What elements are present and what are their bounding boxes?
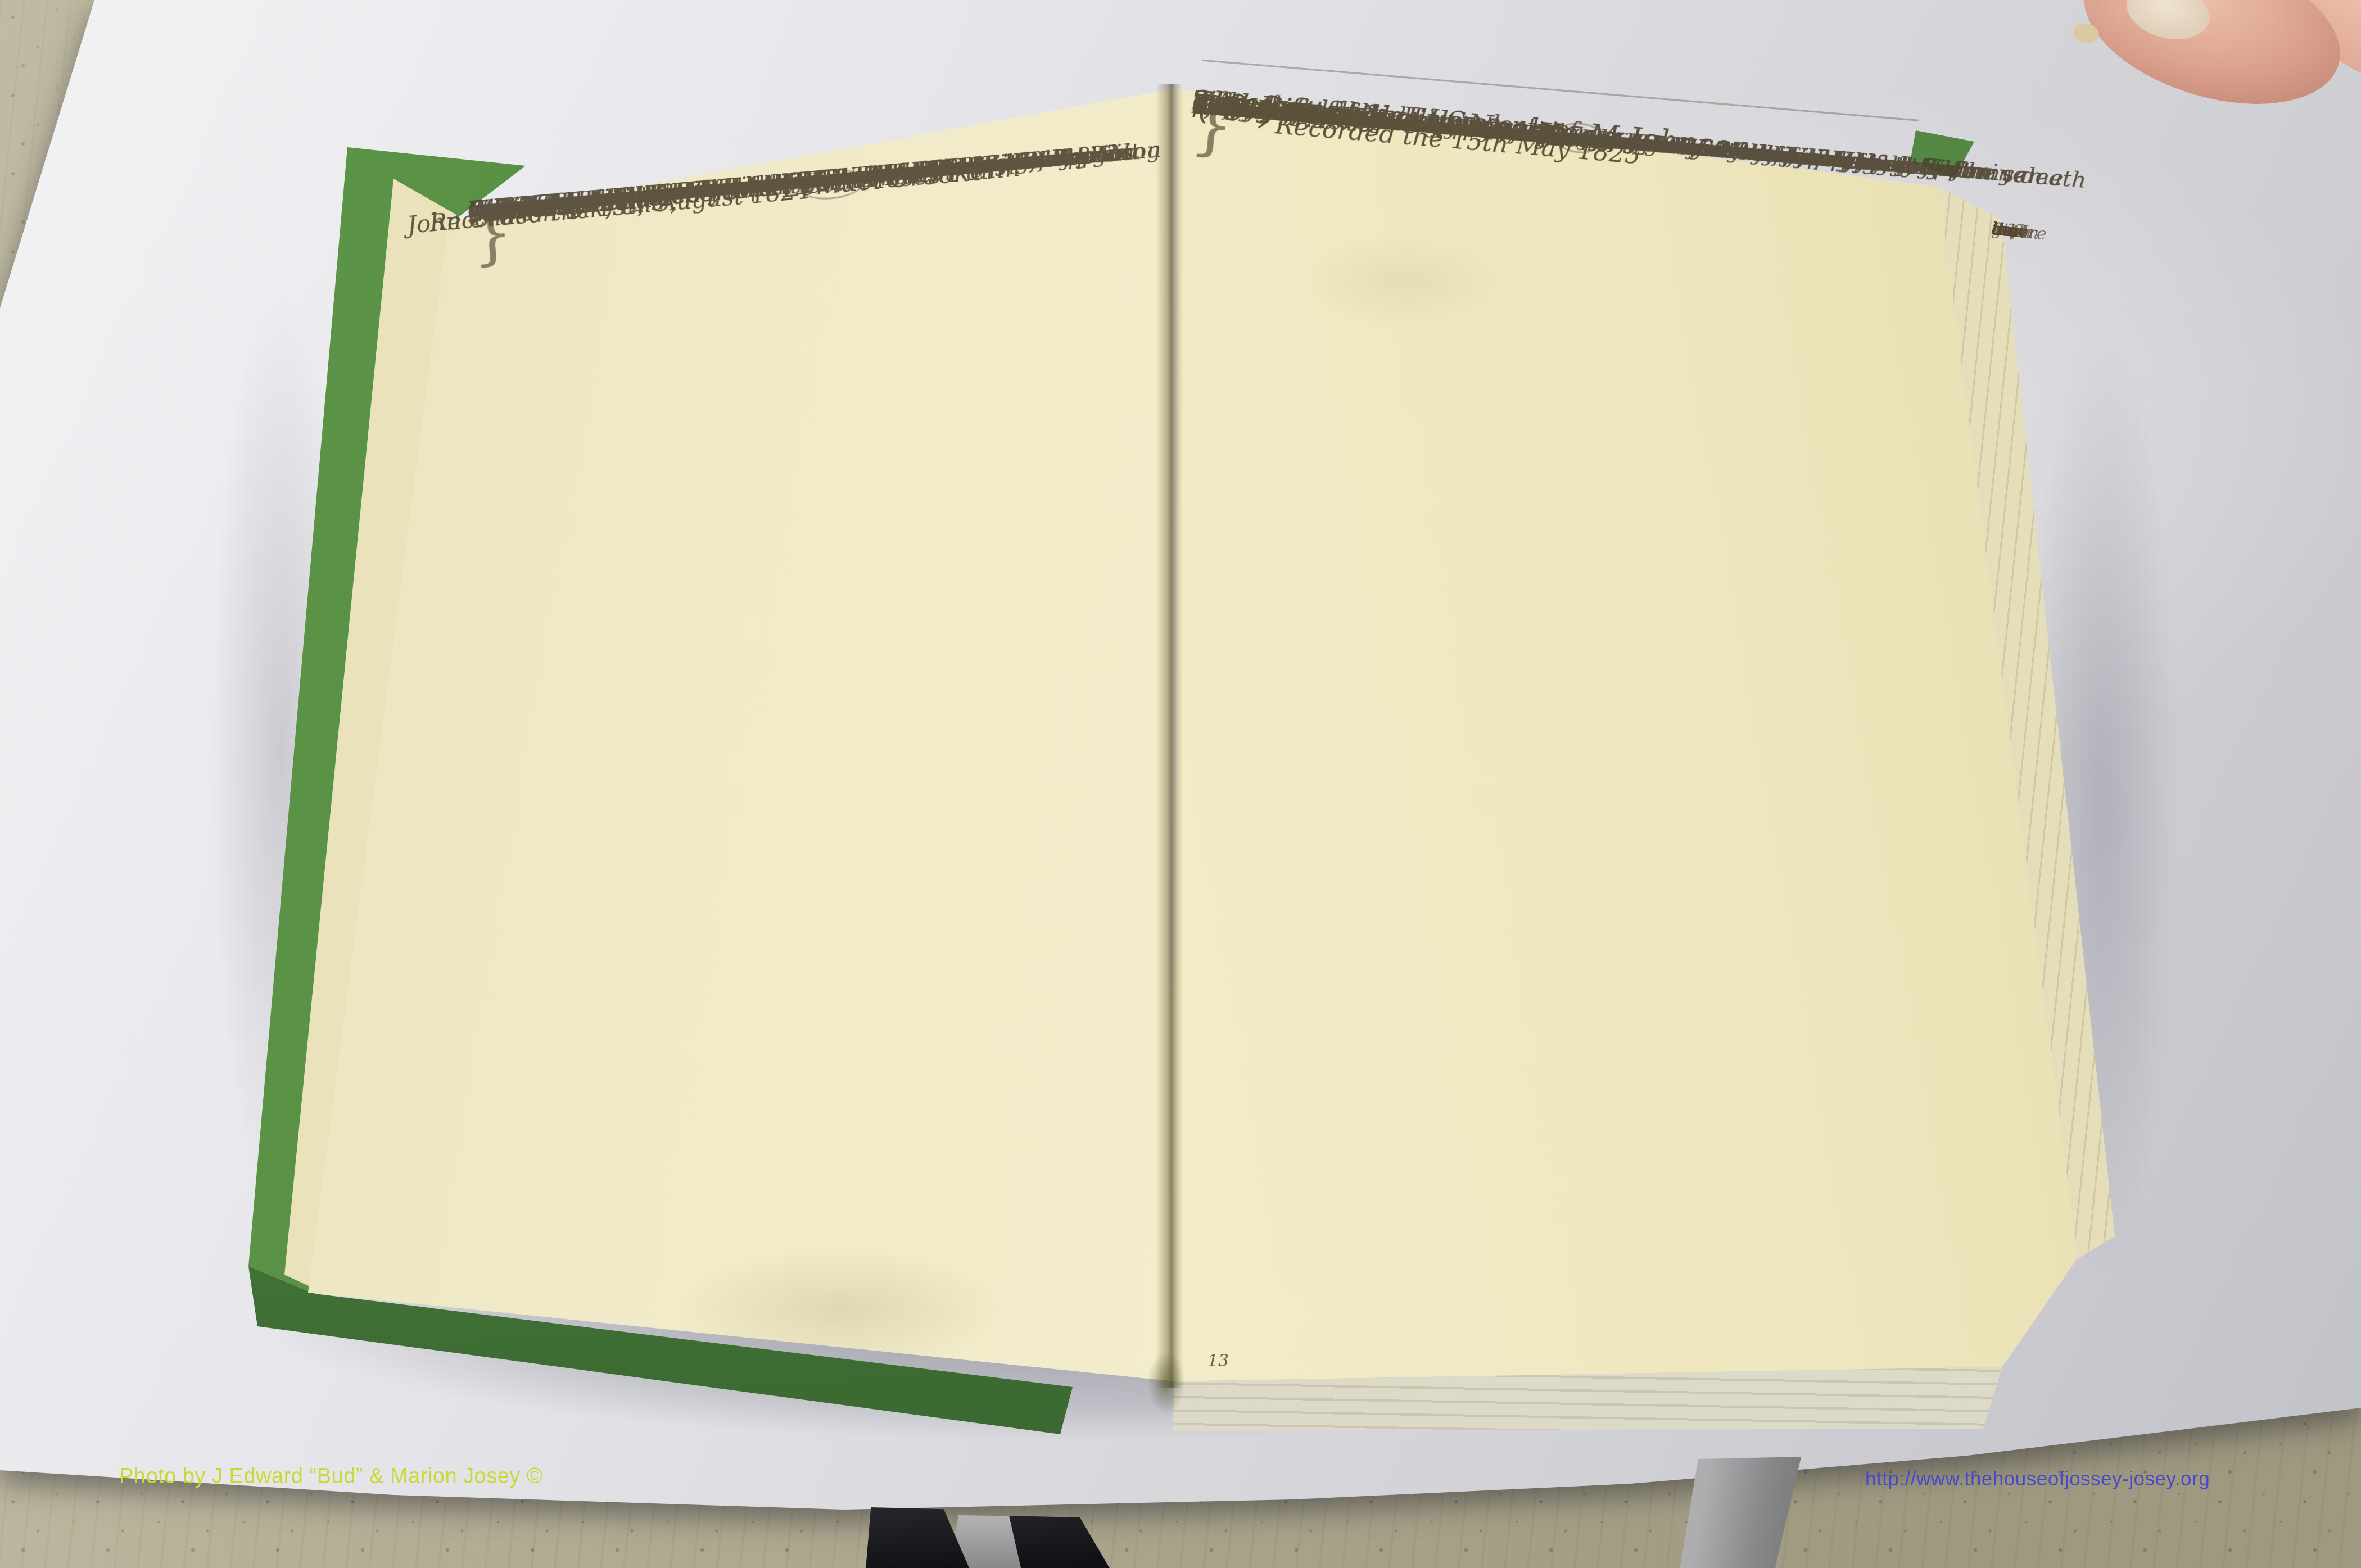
- photo-credit-watermark: Photo by J Edward “Bud” & Marion Josey ©: [119, 1465, 542, 1489]
- sheet-number: 13: [1207, 1351, 1229, 1371]
- gutter-bottom-shadow: [1141, 1349, 1192, 1433]
- website-watermark: http://www.thehouseofjossey-josey.org: [1865, 1468, 2210, 1490]
- book-gutter-crease: [1156, 84, 1183, 1388]
- edge-word-fragment: with.: [1987, 219, 2035, 275]
- photo-of-will-book: ( 8 ) Watch I give Isaac Ferguson Junr &…: [0, 0, 2361, 1568]
